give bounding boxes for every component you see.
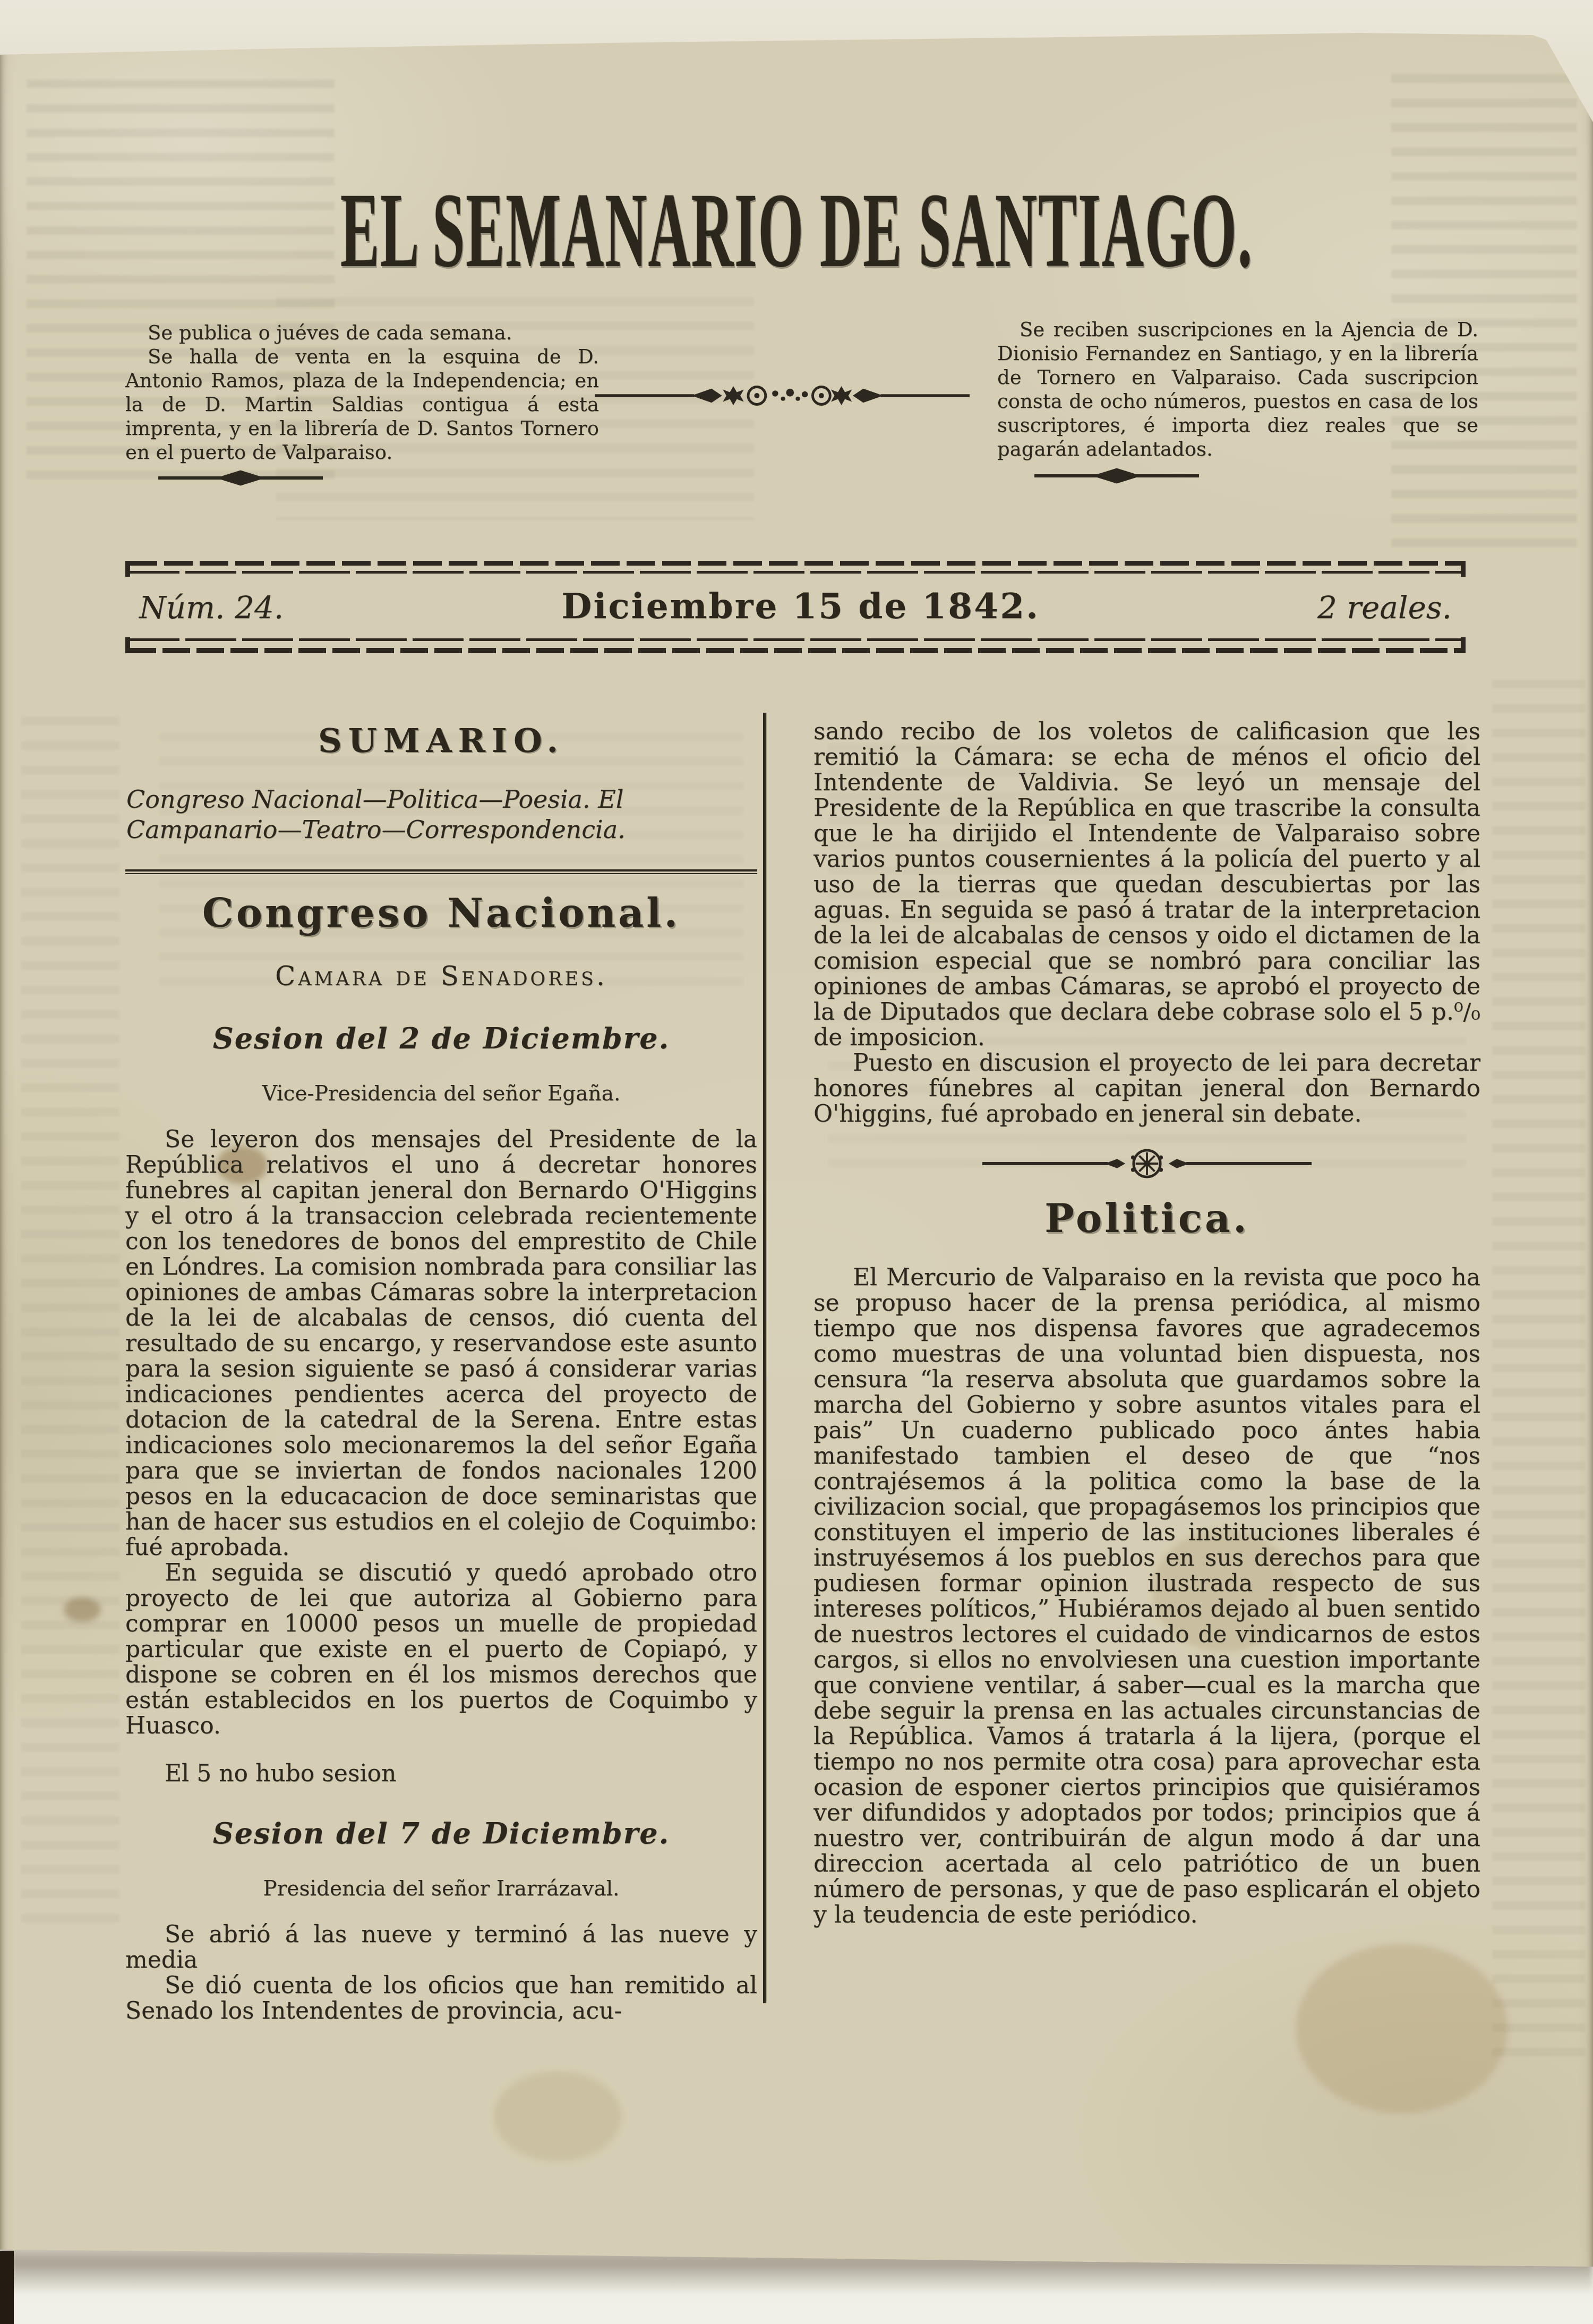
session1-presidency: Vice-Presidencia del señor Egaña. xyxy=(125,1082,757,1106)
session2-paragraph: Se dió cuenta de los oficios que han rem… xyxy=(125,1973,757,2024)
session2-title: Sesion del 7 de Diciembre. xyxy=(125,1816,757,1850)
masthead-ornament-icon xyxy=(595,373,970,418)
diamond-rule-icon xyxy=(158,467,323,489)
paper-stain xyxy=(494,2071,621,2161)
issue-bar: Núm. 24. Diciembre 15 de 1842. 2 reales. xyxy=(125,561,1466,653)
diamond-rule-icon xyxy=(1034,465,1199,486)
session1-title: Sesion del 2 de Diciembre. xyxy=(125,1021,757,1055)
no-session-note: El 5 no hubo sesion xyxy=(125,1761,757,1787)
paper-stain xyxy=(1296,1944,1508,2114)
issue-bar-corner-tick xyxy=(125,637,130,653)
masthead: EL SEMANARIO DE SANTIAGO. xyxy=(0,169,1593,247)
subscription-info-text: Se reciben suscripciones en la Ajencia d… xyxy=(997,318,1478,461)
issue-bar-corner-tick xyxy=(125,561,130,577)
continuation-paragraph: sando recibo de los voletos de calificas… xyxy=(813,719,1480,1050)
congreso-heading: Congreso Nacional. xyxy=(125,891,757,936)
publication-info-line1: Se publica o juéves de cada semana. xyxy=(125,321,599,345)
left-column: SUMARIO. Congreso Nacional—Politica—Poes… xyxy=(125,707,757,2024)
sumario-heading: SUMARIO. xyxy=(125,721,757,760)
issue-number: Núm. 24. xyxy=(139,589,284,626)
continuation-paragraph: Puesto en discusion el proyecto de lei p… xyxy=(813,1050,1480,1127)
politica-heading: Politica. xyxy=(813,1196,1480,1242)
session1-paragraph: Se leyeron dos mensajes del Presidente d… xyxy=(125,1127,757,1560)
chamber-heading: Camara de Senadores. xyxy=(125,961,757,992)
issue-bar-border-top xyxy=(129,561,1462,566)
scanned-newspaper-image: EL SEMANARIO DE SANTIAGO. Se publica o j… xyxy=(0,0,1593,2324)
masthead-title: EL SEMANARIO DE SANTIAGO. xyxy=(340,169,1253,292)
issue-bar-border-bottom-inner xyxy=(129,638,1462,641)
rosette-divider-icon xyxy=(982,1143,1312,1184)
binding-edge xyxy=(0,2251,14,2324)
publication-info: Se publica o juéves de cada semana. Se h… xyxy=(125,321,599,464)
bleedthrough-texture xyxy=(21,717,119,1938)
publication-info-line2: Se halla de venta en la esquina de D. An… xyxy=(125,345,599,464)
session2-paragraph: Se abrió á las nueve y terminó á las nue… xyxy=(125,1922,757,1973)
politica-paragraph: El Mercurio de Valparaiso en la revista … xyxy=(813,1265,1480,1928)
paper-stain xyxy=(64,1597,101,1622)
issue-date: Diciembre 15 de 1842. xyxy=(284,585,1317,627)
session1-paragraph: En seguida se discutió y quedó aprobado … xyxy=(125,1560,757,1739)
session2-presidency: Presidencia del señor Irarrázaval. xyxy=(125,1877,757,1901)
issue-price: 2 reales. xyxy=(1317,589,1452,626)
issue-bar-corner-tick xyxy=(1461,561,1466,577)
newspaper-page: EL SEMANARIO DE SANTIAGO. Se publica o j… xyxy=(0,0,1593,2324)
subscription-info: Se reciben suscripciones en la Ajencia d… xyxy=(997,318,1478,461)
section-divider-rule xyxy=(125,869,757,875)
sumario-items: Congreso Nacional—Politica—Poesia. El Ca… xyxy=(126,784,753,845)
issue-bar-corner-tick xyxy=(1461,637,1466,653)
bleedthrough-texture xyxy=(1492,680,1585,2061)
column-rule xyxy=(763,713,766,2003)
issue-bar-border-bottom xyxy=(129,648,1462,653)
issue-bar-border-top-inner xyxy=(129,571,1462,574)
right-column: sando recibo de los voletos de calificas… xyxy=(813,706,1480,1928)
